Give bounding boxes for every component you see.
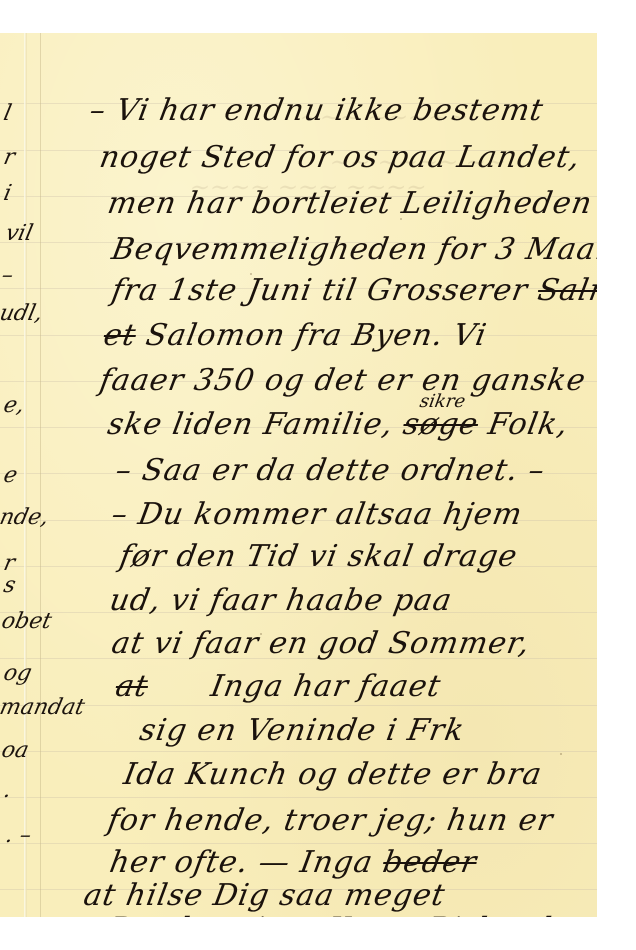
struck-word: søge: [401, 407, 482, 442]
margin-fragment: obet: [0, 609, 54, 634]
letter-line: noget Sted for os paa Landet,: [97, 140, 583, 175]
letter-line: ske liden Familie, søge Folk,: [105, 407, 571, 442]
letter-line: for hende, troer jeg; hun er: [105, 803, 556, 838]
letter-page: ~~~ ~~~~~ ~~ ~~~~ ~~ ~~~~ ~~~ ~~~~ l r i…: [0, 33, 597, 917]
struck-word: at: [113, 669, 151, 704]
paper-speck: [560, 753, 562, 755]
letter-line: faaer 350 og det er en ganske: [97, 363, 589, 398]
margin-fragment: mandat: [0, 695, 87, 720]
letter-line: Ida Kunch og dette er bra: [121, 757, 545, 792]
margin-fragment: i: [1, 181, 13, 206]
letter-line: at vi faar en god Sommer,: [109, 626, 533, 661]
letter-line: her ofte. — Inga beder: [107, 845, 480, 880]
ruled-line: [0, 843, 597, 844]
margin-fragment: oa: [0, 738, 31, 763]
margin-fragment: vil: [3, 221, 35, 246]
letter-line: Beqvemmeligheden for 3 Maaneder: [109, 232, 597, 267]
struck-word: et: [101, 318, 139, 353]
margin-fragment: og: [1, 661, 34, 686]
letter-line: fra 1ste Juni til Grosserer Salm.: [109, 273, 597, 308]
letter-line: – Saa er da dette ordnet. –: [113, 453, 548, 488]
ruled-line: [0, 797, 597, 798]
letter-line: sig en Veninde i Frk: [137, 713, 467, 748]
margin-fragment: r: [1, 145, 17, 170]
margin-fragment: udl,: [0, 301, 45, 326]
margin-fragment: .: [1, 778, 13, 803]
letter-line: et Salomon fra Byen. Vi: [101, 318, 490, 353]
paper-speck: [305, 151, 307, 153]
letter-line: at Inga har faaet: [113, 669, 444, 704]
scanned-document: ~~~ ~~~~~ ~~ ~~~~ ~~ ~~~~ ~~~ ~~~~ l r i…: [0, 0, 636, 950]
page-fold-shadow: [40, 33, 41, 917]
letter-line: – Du kommer altsaa hjem: [109, 497, 525, 532]
signature-line: Den hengivne Karen Bjølstad: [107, 911, 554, 917]
paper-speck: [250, 273, 252, 275]
margin-fragment: . –: [3, 823, 33, 848]
margin-fragment: e,: [1, 393, 26, 418]
struck-word: beder: [380, 845, 479, 880]
letter-line: – Vi har endnu ikke bestemt: [87, 93, 546, 128]
margin-fragment: s: [1, 573, 18, 598]
letter-line: ud, vi faar haabe paa: [107, 583, 455, 618]
letter-line: før den Tid vi skal drage: [117, 539, 520, 574]
ruled-line: [0, 705, 597, 706]
page-fold: [24, 33, 27, 917]
ruled-line: [0, 751, 597, 752]
margin-fragment: l: [1, 101, 13, 126]
margin-fragment: nde,: [0, 505, 51, 530]
paper-speck: [180, 473, 182, 475]
margin-fragment: –: [0, 263, 16, 288]
margin-fragment: e: [1, 463, 19, 488]
letter-line: at hilse Dig saa meget: [81, 878, 448, 913]
paper-speck: [400, 218, 402, 220]
paper-speck: [260, 633, 262, 635]
struck-word: Salm.: [535, 273, 597, 308]
letter-line: men har bortleiet Leiligheden: [105, 186, 595, 221]
